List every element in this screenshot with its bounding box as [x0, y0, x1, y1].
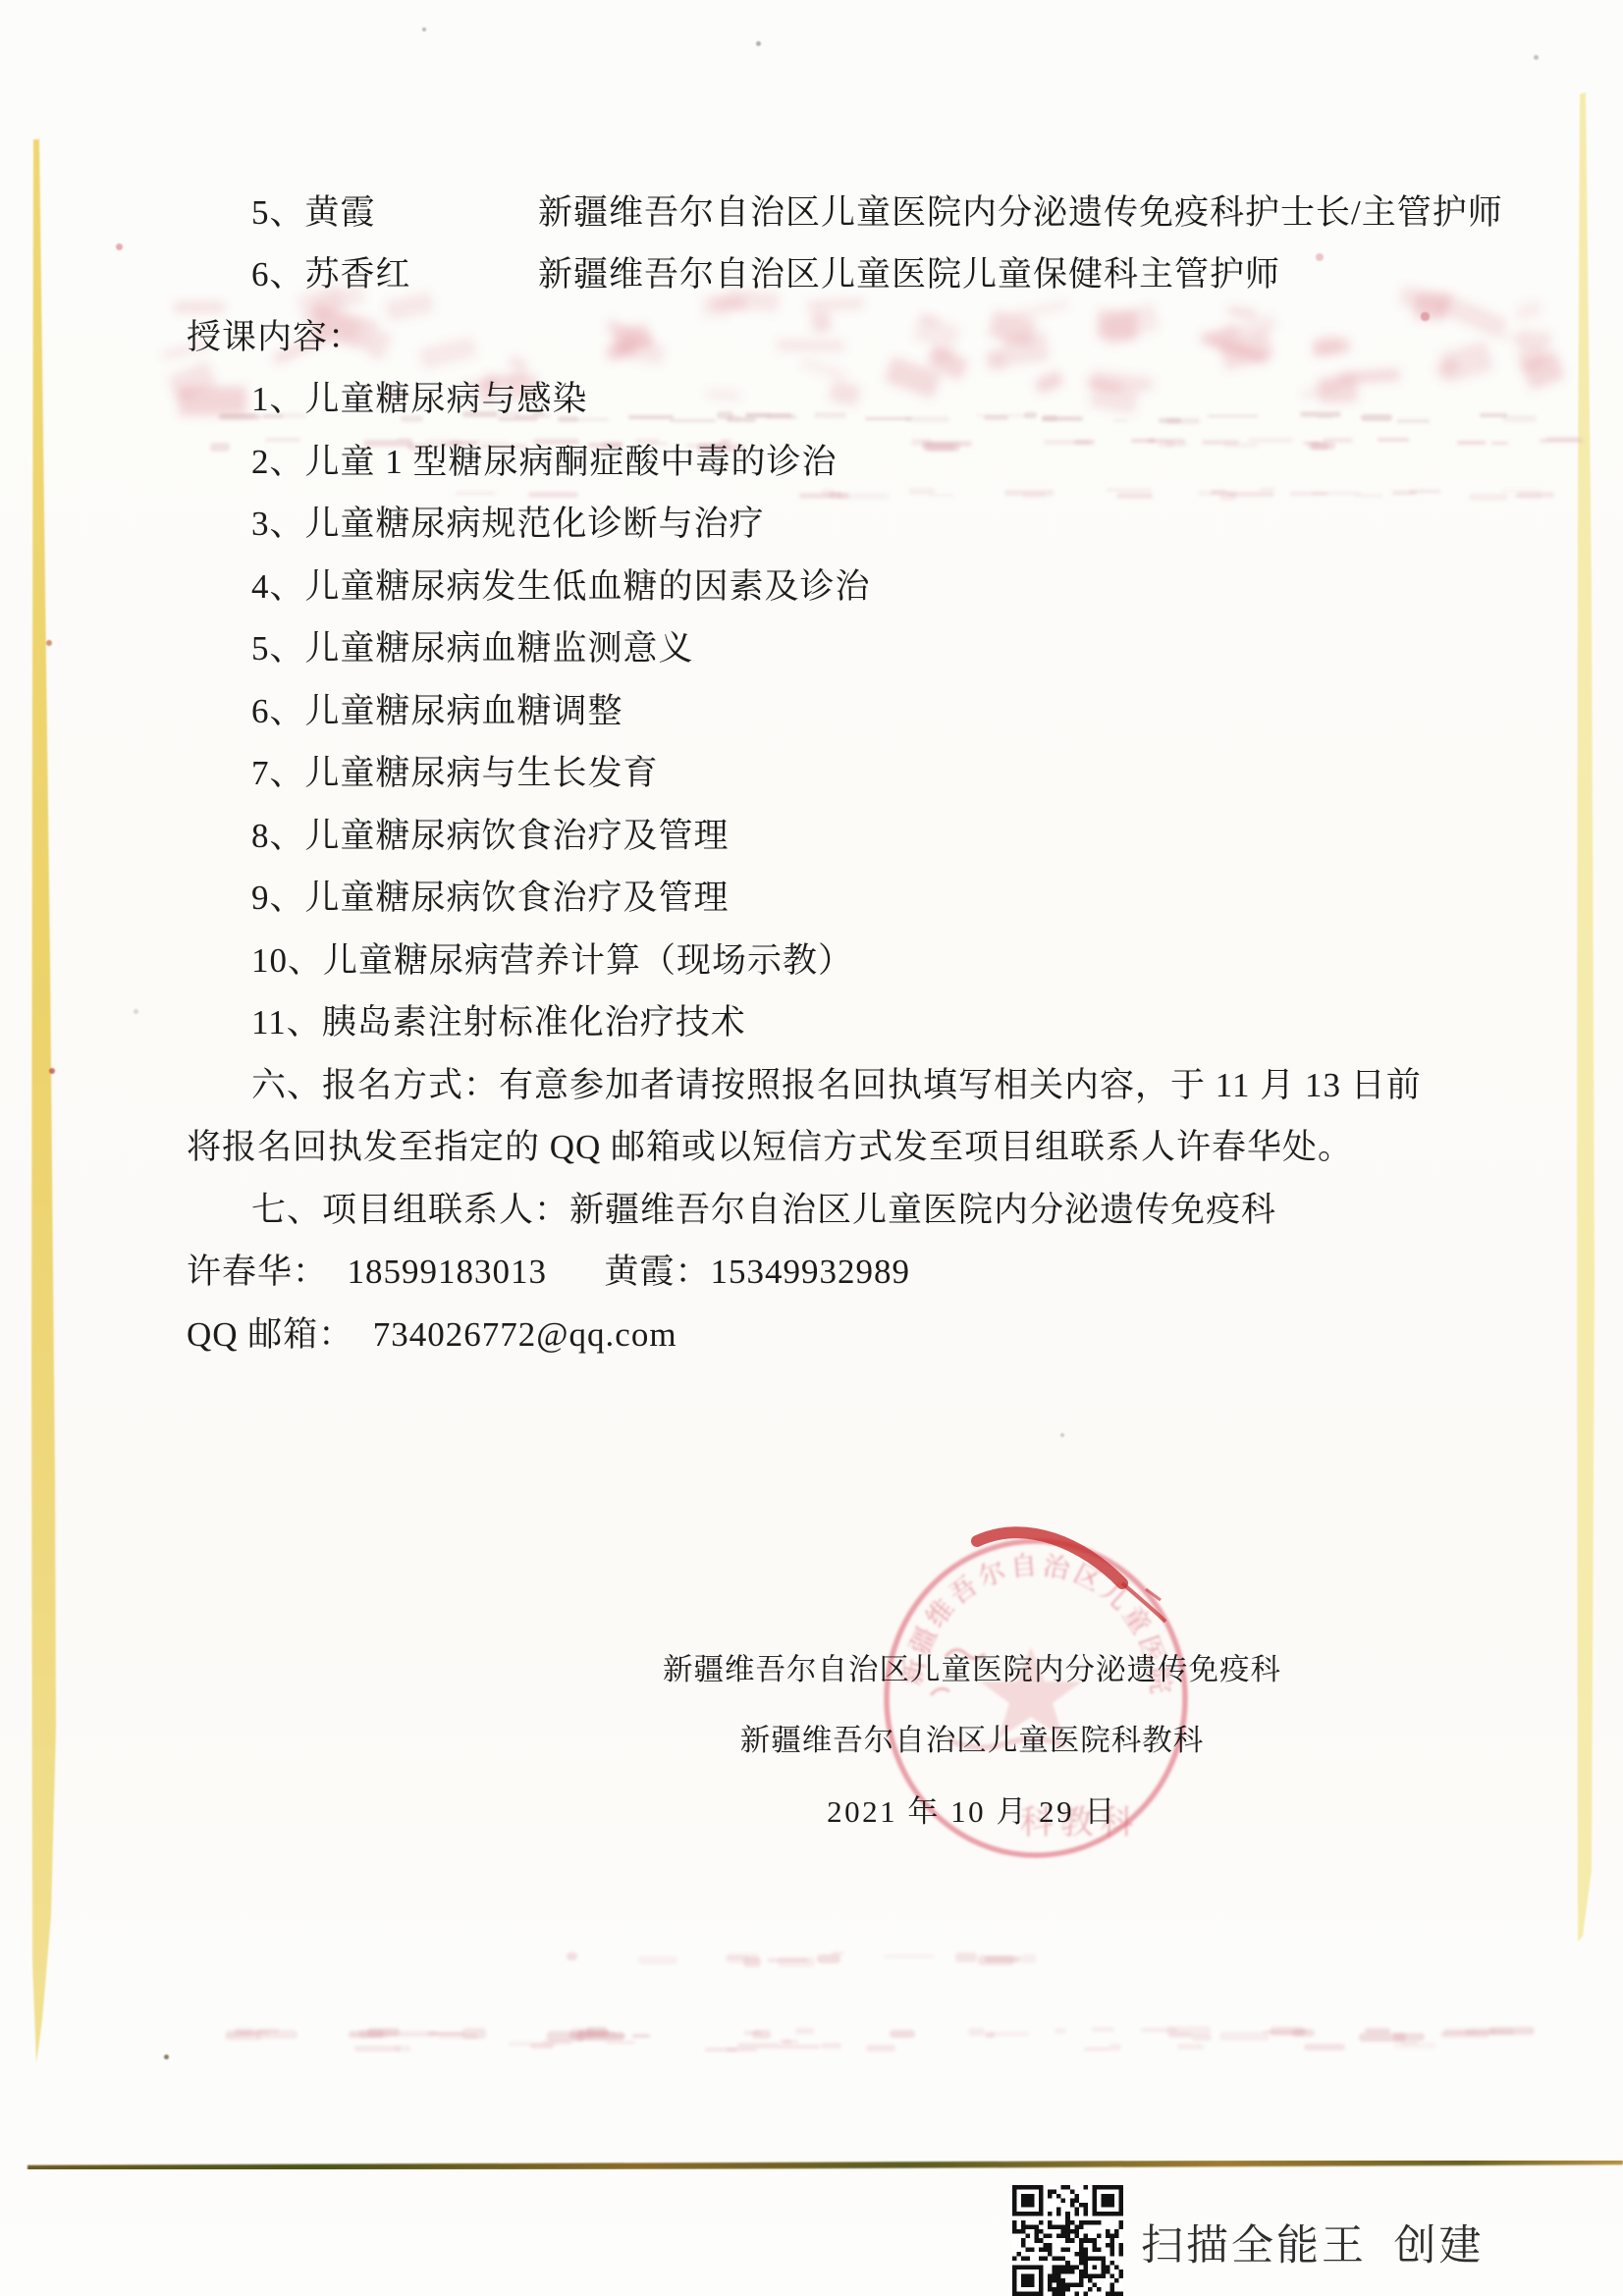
qr-module	[1109, 2243, 1114, 2248]
expert-entry: 5、黄霞 新疆维吾尔自治区儿童医院内分泌遗传免疫科护士长/主管护师	[187, 179, 1591, 241]
topic-line: 11、胰岛素注射标准化治疗技术	[187, 989, 1591, 1052]
scan-noise-speck	[1109, 2044, 1121, 2051]
scan-noise-speck	[49, 1068, 55, 1074]
qr-module	[1053, 2287, 1057, 2292]
scan-noise-speck	[438, 2033, 478, 2038]
qr-module	[1109, 2261, 1114, 2266]
qr-module	[1035, 2225, 1040, 2230]
qr-module	[1118, 2220, 1123, 2225]
scan-noise-speck	[727, 1953, 759, 1963]
qr-module	[1039, 2238, 1044, 2243]
qr-module	[1039, 2247, 1044, 2252]
scan-noise-speck	[743, 1957, 761, 1967]
qr-module	[1039, 2229, 1044, 2234]
qr-module	[1079, 2247, 1084, 2252]
qr-module	[1079, 2243, 1084, 2248]
qr-module	[1074, 2225, 1079, 2230]
qr-module	[1048, 2282, 1053, 2287]
signature-org-1: 新疆维吾尔自治区儿童医院内分泌遗传免疫科	[599, 1631, 1345, 1702]
scan-noise-speck	[752, 2030, 771, 2039]
qr-module	[1065, 2229, 1070, 2234]
scan-noise-speck	[116, 243, 123, 250]
signature-block: 新疆维吾尔自治区儿童医院内分泌遗传免疫科 新疆维吾尔自治区儿童医院科教科 202…	[599, 1631, 1345, 1843]
qr-module	[1065, 2185, 1070, 2190]
qr-module	[1048, 2220, 1053, 2225]
qr-module	[1114, 2278, 1119, 2283]
qr-module	[1118, 2252, 1123, 2257]
scan-noise-speck	[1393, 2033, 1425, 2041]
scan-noise-speck	[164, 2055, 169, 2059]
qr-module	[1074, 2212, 1079, 2216]
qr-module	[1079, 2220, 1084, 2225]
qr-module	[1065, 2247, 1070, 2252]
expert-list: 5、黄霞 新疆维吾尔自治区儿童医院内分泌遗传免疫科护士长/主管护师 6、苏香红 …	[187, 179, 1591, 303]
qr-module	[1044, 2247, 1049, 2252]
qr-module	[1053, 2278, 1057, 2283]
qr-module	[1030, 2225, 1035, 2230]
qr-module	[1056, 2269, 1061, 2274]
qr-module	[1109, 2247, 1114, 2252]
scan-noise-speck	[1401, 2041, 1418, 2045]
scan-noise-speck	[225, 2032, 261, 2040]
contact-qq-email: QQ 邮箱： 734026772@qq.com	[187, 1301, 1591, 1363]
qr-module	[1118, 2269, 1123, 2274]
scan-noise-speck	[784, 2040, 798, 2044]
qr-module	[1026, 2256, 1031, 2261]
qr-module	[1044, 2243, 1049, 2248]
qr-module	[1079, 2278, 1084, 2283]
scan-noise-speck	[890, 2030, 915, 2038]
qr-module	[1056, 2256, 1061, 2261]
qr-module	[1083, 2247, 1088, 2252]
scanned-document-page: 新疆维吾尔自治区儿童医院 科教科 5、黄霞 新疆维吾尔自治区儿童医院内分泌遗传免…	[0, 0, 1623, 2296]
qr-module	[1065, 2287, 1070, 2292]
qr-module	[1065, 2238, 1070, 2243]
qr-module	[1065, 2216, 1070, 2221]
qr-module	[1056, 2282, 1061, 2287]
topic-line: 6、儿童糖尿病血糖调整	[187, 677, 1591, 740]
scan-noise-speck	[570, 2028, 593, 2038]
qr-module	[1056, 2265, 1061, 2269]
qr-module	[1048, 2190, 1053, 2195]
qr-module	[1070, 2238, 1075, 2243]
scan-noise-speck	[1444, 2028, 1494, 2035]
scan-noise-speck	[234, 2028, 257, 2033]
qr-module	[1061, 2256, 1066, 2261]
scan-noise-speck	[1168, 2032, 1192, 2038]
scan-noise-speck	[358, 2030, 391, 2038]
qr-module	[1114, 2229, 1119, 2234]
scan-noise-speck	[1055, 2028, 1066, 2034]
scan-noise-speck	[1263, 2031, 1308, 2034]
scan-noise-speck	[1489, 2027, 1535, 2034]
qr-module	[1070, 2269, 1075, 2274]
qr-module	[1065, 2265, 1070, 2269]
scan-noise-speck	[46, 640, 52, 646]
scan-noise-speck	[567, 1952, 577, 1960]
scan-noise-speck	[1141, 2028, 1177, 2031]
scan-noise-speck	[1443, 2031, 1478, 2035]
topic-line: 8、儿童糖尿病饮食治疗及管理	[187, 802, 1591, 865]
qr-module	[1106, 2269, 1110, 2274]
qr-module	[1048, 2212, 1053, 2216]
qr-module	[1021, 2238, 1026, 2243]
qr-module	[1021, 2225, 1026, 2230]
signature-date: 2021 年 10 月 29 日	[599, 1773, 1345, 1843]
qr-module	[1035, 2229, 1040, 2234]
qr-module	[1118, 2291, 1123, 2296]
qr-module	[1061, 2185, 1066, 2190]
qr-module	[1079, 2269, 1084, 2274]
qr-module	[1083, 2208, 1088, 2213]
qr-module	[1065, 2282, 1070, 2287]
qr-module	[1118, 2247, 1123, 2252]
scan-noise-speck	[726, 1956, 748, 1959]
scan-noise-speck	[768, 1958, 808, 1962]
qr-module	[1048, 2273, 1053, 2278]
qr-module	[1021, 2194, 1035, 2208]
qr-module	[1056, 2208, 1061, 2213]
scan-noise-speck	[390, 2031, 439, 2037]
expert-number-name: 6、苏香红	[251, 247, 538, 296]
qr-module	[1021, 2256, 1026, 2261]
qr-module	[1118, 2243, 1123, 2248]
qr-module	[1088, 2238, 1093, 2243]
qr-module	[1017, 2252, 1022, 2257]
scan-noise-speck	[968, 2028, 985, 2036]
qr-module	[1061, 2269, 1066, 2274]
qr-module	[1061, 2287, 1066, 2292]
qr-module	[1065, 2234, 1070, 2239]
qr-module	[1083, 2220, 1088, 2225]
qr-module	[1044, 2234, 1049, 2239]
registration-line-2: 将报名回执发至指定的 QQ 邮箱或以短信方式发至项目组联系人许春华处。	[187, 1114, 1591, 1177]
qr-module	[1070, 2282, 1075, 2287]
qr-module	[1097, 2287, 1102, 2292]
qr-module	[1012, 2220, 1017, 2225]
qr-module	[1048, 2287, 1053, 2292]
qr-module	[1079, 2252, 1084, 2257]
document-body: 5、黄霞 新疆维吾尔自治区儿童医院内分泌遗传免疫科护士长/主管护师 6、苏香红 …	[187, 179, 1591, 1363]
qr-module	[1074, 2208, 1079, 2213]
qr-module	[1021, 2273, 1035, 2287]
qr-module	[1088, 2287, 1093, 2292]
qr-module	[1106, 2243, 1110, 2248]
qr-module	[1083, 2203, 1088, 2208]
contact-phones: 许春华： 18599183013 黄霞：15349932989	[187, 1239, 1591, 1302]
qr-module	[1083, 2212, 1088, 2216]
qr-module	[1074, 2252, 1079, 2257]
qr-module	[1061, 2199, 1066, 2204]
qr-module	[1035, 2234, 1040, 2239]
scan-noise-speck	[613, 2034, 625, 2038]
qr-module	[1048, 2243, 1053, 2248]
expert-number-name: 5、黄霞	[251, 186, 538, 235]
qr-module	[1097, 2220, 1102, 2225]
qr-module	[1021, 2220, 1026, 2225]
scan-noise-speck	[530, 2044, 553, 2049]
qr-module	[1092, 2282, 1097, 2287]
scan-noise-speck	[226, 2030, 253, 2038]
qr-module	[1074, 2282, 1079, 2287]
scan-noise-speck	[1084, 2048, 1109, 2052]
left-edge-yellow-strip	[31, 139, 56, 2063]
qr-module	[1079, 2282, 1084, 2287]
scan-noise-speck	[606, 2041, 635, 2044]
qr-module	[1114, 2234, 1119, 2239]
qr-module	[1079, 2256, 1084, 2261]
qr-module	[1048, 2278, 1053, 2283]
scan-noise-speck	[1465, 2029, 1514, 2036]
qr-module	[1070, 2199, 1075, 2204]
qr-module	[1083, 2252, 1088, 2257]
scan-noise-speck	[134, 1009, 138, 1014]
qr-module	[1017, 2229, 1022, 2234]
qr-module	[1070, 2190, 1075, 2195]
scan-noise-speck	[1534, 55, 1539, 60]
scan-noise-speck	[744, 2031, 761, 2035]
scan-noise-speck	[1060, 1433, 1064, 1437]
signature-org-2: 新疆维吾尔自治区儿童医院科教科	[599, 1702, 1345, 1773]
qr-module	[1070, 2229, 1075, 2234]
qr-module	[1118, 2225, 1123, 2230]
qr-module	[1079, 2261, 1084, 2266]
qr-module	[1065, 2212, 1070, 2216]
qr-module	[1053, 2291, 1057, 2296]
qr-module	[1118, 2273, 1123, 2278]
scan-noise-speck	[257, 2029, 279, 2033]
scan-noise-speck	[778, 2045, 820, 2048]
qr-module	[1109, 2282, 1114, 2287]
scan-noise-speck	[428, 2032, 464, 2035]
qr-module	[1083, 2234, 1088, 2239]
qr-module	[1092, 2220, 1097, 2225]
qr-module	[1074, 2291, 1079, 2296]
scan-noise-speck	[737, 2043, 779, 2049]
qr-module	[1026, 2234, 1031, 2239]
section-heading: 授课内容：	[187, 303, 1591, 366]
qr-module	[1074, 2265, 1079, 2269]
scan-noise-speck	[778, 1957, 816, 1967]
qr-module	[1079, 2273, 1084, 2278]
scan-noise-speck	[1440, 2031, 1488, 2038]
scan-noise-speck	[1270, 2027, 1305, 2035]
topic-line: 9、儿童糖尿病饮食治疗及管理	[187, 865, 1591, 928]
qr-module	[1012, 2256, 1017, 2261]
scan-noise-speck	[509, 2042, 557, 2046]
qr-module	[1061, 2229, 1066, 2234]
qr-module	[1074, 2194, 1079, 2199]
qr-module	[1061, 2282, 1066, 2287]
scan-noise-speck	[727, 2048, 757, 2053]
scan-noise-speck	[866, 2045, 895, 2052]
scan-noise-speck	[349, 2031, 384, 2038]
qr-module	[1061, 2234, 1066, 2239]
qr-module	[1114, 2291, 1119, 2296]
qr-module	[1092, 2238, 1097, 2243]
qr-module	[1092, 2265, 1097, 2269]
scan-noise-speck	[254, 2030, 297, 2039]
qr-module	[1048, 2194, 1053, 2199]
scan-noise-speck	[705, 2048, 738, 2053]
qr-module	[1070, 2220, 1075, 2225]
scan-noise-speck	[955, 1952, 977, 1962]
qr-module	[1056, 2278, 1061, 2283]
qr-module	[1048, 2252, 1053, 2257]
qr-module	[1039, 2220, 1044, 2225]
qr-module	[1053, 2269, 1057, 2274]
qr-module	[1101, 2194, 1114, 2208]
topic-line: 1、儿童糖尿病与感染	[187, 366, 1591, 429]
qr-module	[1056, 2287, 1061, 2292]
scan-noise-speck	[354, 2046, 401, 2051]
qr-module	[1097, 2247, 1102, 2252]
qr-module	[1061, 2278, 1066, 2283]
qr-module	[1065, 2261, 1070, 2266]
qr-module	[1083, 2238, 1088, 2243]
scan-noise-speck	[638, 1956, 677, 1964]
qr-module	[1056, 2291, 1061, 2296]
scan-noise-speck	[367, 2028, 400, 2035]
qr-module	[1109, 2234, 1114, 2239]
qr-module	[1039, 2256, 1044, 2261]
qr-module	[1079, 2238, 1084, 2243]
scan-noise-speck	[543, 2040, 571, 2045]
qr-module	[1074, 2229, 1079, 2234]
qr-module	[1061, 2265, 1066, 2269]
qr-module	[1056, 2194, 1061, 2199]
scan-noise-speck	[780, 2040, 791, 2044]
scan-noise-speck	[985, 2032, 995, 2038]
qr-module	[1021, 2229, 1026, 2234]
qr-module	[1053, 2225, 1057, 2230]
topic-line: 3、儿童糖尿病规范化诊断与治疗	[187, 491, 1591, 554]
qr-module	[1097, 2234, 1102, 2239]
qr-module	[1106, 2229, 1110, 2234]
registration-line-1: 六、报名方式：有意参加者请按照报名回执填写相关内容，于 11 月 13 日前	[187, 1051, 1591, 1114]
qr-module	[1088, 2278, 1093, 2283]
qr-module	[1056, 2234, 1061, 2239]
scan-noise-speck	[1092, 2027, 1114, 2032]
topic-line: 2、儿童 1 型糖尿病酮症酸中毒的诊治	[187, 428, 1591, 491]
qr-module	[1048, 2225, 1053, 2230]
qr-module	[1106, 2234, 1110, 2239]
scan-noise-speck	[578, 2030, 610, 2036]
qr-module	[1083, 2291, 1088, 2296]
scan-noise-speck	[885, 1955, 934, 1958]
scan-noise-speck	[1166, 2026, 1211, 2035]
topic-list: 1、儿童糖尿病与感染2、儿童 1 型糖尿病酮症酸中毒的诊治3、儿童糖尿病规范化诊…	[187, 366, 1591, 1052]
qr-module	[1030, 2247, 1035, 2252]
qr-module	[1056, 2273, 1061, 2278]
qr-module	[1056, 2225, 1061, 2230]
qr-module	[1109, 2252, 1114, 2257]
scan-noise-speck	[795, 2028, 814, 2034]
qr-module	[1061, 2247, 1066, 2252]
scan-noise-speck	[1219, 2032, 1271, 2041]
qr-module	[1053, 2190, 1057, 2195]
scan-noise-speck	[632, 2034, 650, 2038]
qr-module	[1021, 2243, 1026, 2248]
qr-module	[1109, 2291, 1114, 2296]
qr-module	[1070, 2265, 1075, 2269]
qr-module	[1012, 2225, 1017, 2230]
bottom-scan-line	[27, 2162, 1623, 2168]
qr-module	[1109, 2287, 1114, 2292]
qr-module	[1109, 2238, 1114, 2243]
qr-module	[1012, 2229, 1017, 2234]
scan-noise-speck	[821, 2043, 842, 2049]
scan-noise-speck	[236, 2031, 269, 2035]
qr-module	[1074, 2199, 1079, 2204]
qr-module	[1035, 2238, 1040, 2243]
qr-module	[1053, 2265, 1057, 2269]
qr-module	[1061, 2291, 1066, 2296]
qr-module	[1065, 2269, 1070, 2274]
scan-noise-speck	[1021, 1954, 1036, 1963]
qr-code	[1012, 2185, 1123, 2296]
qr-module	[1053, 2273, 1057, 2278]
qr-module	[1092, 2247, 1097, 2252]
scan-noise-speck	[586, 2027, 609, 2037]
topic-line: 10、儿童糖尿病营养计算（现场示教）	[187, 927, 1591, 989]
scan-noise-speck	[1359, 2033, 1405, 2042]
qr-module	[1114, 2265, 1119, 2269]
qr-module	[1106, 2291, 1110, 2296]
qr-module	[1088, 2220, 1093, 2225]
expert-title: 新疆维吾尔自治区儿童医院内分泌遗传免疫科护士长/主管护师	[538, 186, 1503, 235]
qr-module	[1074, 2234, 1079, 2239]
topic-line: 7、儿童糖尿病与生长发育	[187, 740, 1591, 803]
qr-module	[1070, 2203, 1075, 2208]
qr-module	[1026, 2247, 1031, 2252]
scan-noise-speck	[978, 1955, 1014, 1965]
qr-module	[1048, 2234, 1053, 2239]
expert-entry: 6、苏香红 新疆维吾尔自治区儿童医院儿童保健科主管护师	[187, 241, 1591, 304]
qr-module	[1056, 2212, 1061, 2216]
qr-module	[1044, 2256, 1049, 2261]
scanner-watermark-caption: 扫描全能王 创建	[1141, 2213, 1485, 2272]
scan-noise-speck	[1191, 2034, 1213, 2041]
qr-module	[1065, 2220, 1070, 2225]
topic-line: 5、儿童糖尿病血糖监测意义	[187, 615, 1591, 678]
qr-module	[1061, 2225, 1066, 2230]
scan-noise-speck	[568, 2032, 615, 2039]
scan-noise-speck	[1177, 2044, 1204, 2051]
qr-module	[1106, 2265, 1110, 2269]
scan-noise-speck	[817, 1954, 840, 1963]
scan-noise-speck	[1365, 2028, 1390, 2034]
qr-module	[1092, 2243, 1097, 2248]
scan-noise-speck	[422, 27, 426, 31]
qr-module	[1083, 2185, 1088, 2190]
scan-noise-speck	[576, 2032, 624, 2041]
qr-module	[1048, 2247, 1053, 2252]
qr-module	[1079, 2225, 1084, 2230]
scan-noise-speck	[985, 1956, 1021, 1962]
scan-noise-speck	[832, 1951, 843, 1955]
scan-noise-speck	[395, 2046, 411, 2052]
scan-noise-speck	[462, 2028, 487, 2038]
scan-noise-speck	[1304, 2044, 1345, 2051]
scan-noise-speck	[1393, 2042, 1436, 2049]
qr-module	[1079, 2203, 1084, 2208]
scan-noise-speck	[991, 2032, 1029, 2037]
qr-module	[1109, 2273, 1114, 2278]
qr-module	[1026, 2225, 1031, 2230]
scan-noise-speck	[1292, 2029, 1315, 2038]
topic-line: 4、儿童糖尿病发生低血糖的因素及诊治	[187, 553, 1591, 615]
